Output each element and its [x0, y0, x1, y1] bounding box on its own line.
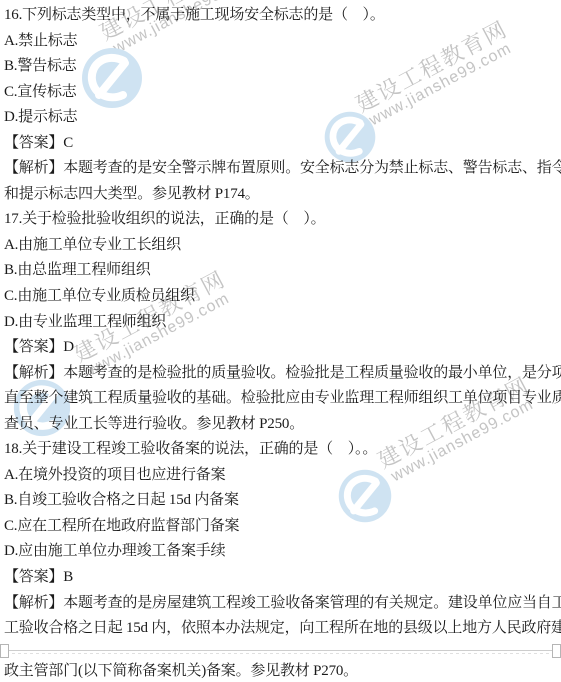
question-16-stem: 16.下列标志类型中，不属于施工现场安全标志的是（ ）。: [4, 3, 560, 29]
question-16-analysis-2: 和提示标志四大类型。参见教材 P174。: [4, 182, 560, 208]
question-16-analysis-1: 【解析】本题考查的是安全警示牌布置原则。安全标志分为禁止标志、警告标志、指令标志: [4, 156, 560, 182]
question-17-option-a: A.由施工单位专业工长组织: [4, 233, 560, 259]
question-17-option-b: B.由总监理工程师组织: [4, 258, 560, 284]
question-18-option-c: C.应在工程所在地政府监督部门备案: [4, 514, 560, 540]
question-18-analysis-3: 政主管部门(以下简称备案机关)备案。参见教材 P270。: [4, 659, 560, 682]
question-17-option-c: C.由施工单位专业质检员组织: [4, 284, 560, 310]
question-16-option-b: B.警告标志: [4, 54, 560, 80]
question-18-analysis-2: 工验收合格之日起 15d 内，依照本办法规定，向工程所在地的县级以上地方人民政府…: [4, 616, 560, 642]
question-16-option-a: A.禁止标志: [4, 29, 560, 55]
exam-answer-document: { "watermark": { "brand_cn": "建设工程教育网", …: [0, 0, 561, 682]
question-18-analysis-1: 【解析】本题考查的是房屋建筑工程竣工验收备案管理的有关规定。建设单位应当自工程竣: [4, 591, 560, 617]
document-body: 16.下列标志类型中，不属于施工现场安全标志的是（ ）。 A.禁止标志 B.警告…: [4, 3, 560, 682]
question-16-answer: 【答案】C: [4, 131, 560, 157]
question-17-option-d: D.由专业监理工程师组织: [4, 310, 560, 336]
question-18-option-a: A.在境外投资的项目也应进行备案: [4, 463, 560, 489]
question-17-stem: 17.关于检验批验收组织的说法，正确的是（ ）。: [4, 207, 560, 233]
question-18-option-d: D.应由施工单位办理竣工备案手续: [4, 539, 560, 565]
question-16-option-c: C.宣传标志: [4, 80, 560, 106]
question-18-answer: 【答案】B: [4, 565, 560, 591]
question-17-analysis-1: 【解析】本题考查的是检验批的质量验收。检验批是工程质量验收的最小单位，是分项工程: [4, 361, 560, 387]
question-16-option-d: D.提示标志: [4, 105, 560, 131]
question-17-answer: 【答案】D: [4, 335, 560, 361]
question-18-option-b: B.自竣工验收合格之日起 15d 内备案: [4, 488, 560, 514]
question-17-analysis-3: 查员、专业工长等进行验收。参见教材 P250。: [4, 412, 560, 438]
question-18-stem: 18.关于建设工程竣工验收备案的说法，正确的是（ ）。。: [4, 437, 560, 463]
question-17-analysis-2: 直至整个建筑工程质量验收的基础。检验批应由专业监理工程师组织工单位项目专业质量检: [4, 386, 560, 412]
